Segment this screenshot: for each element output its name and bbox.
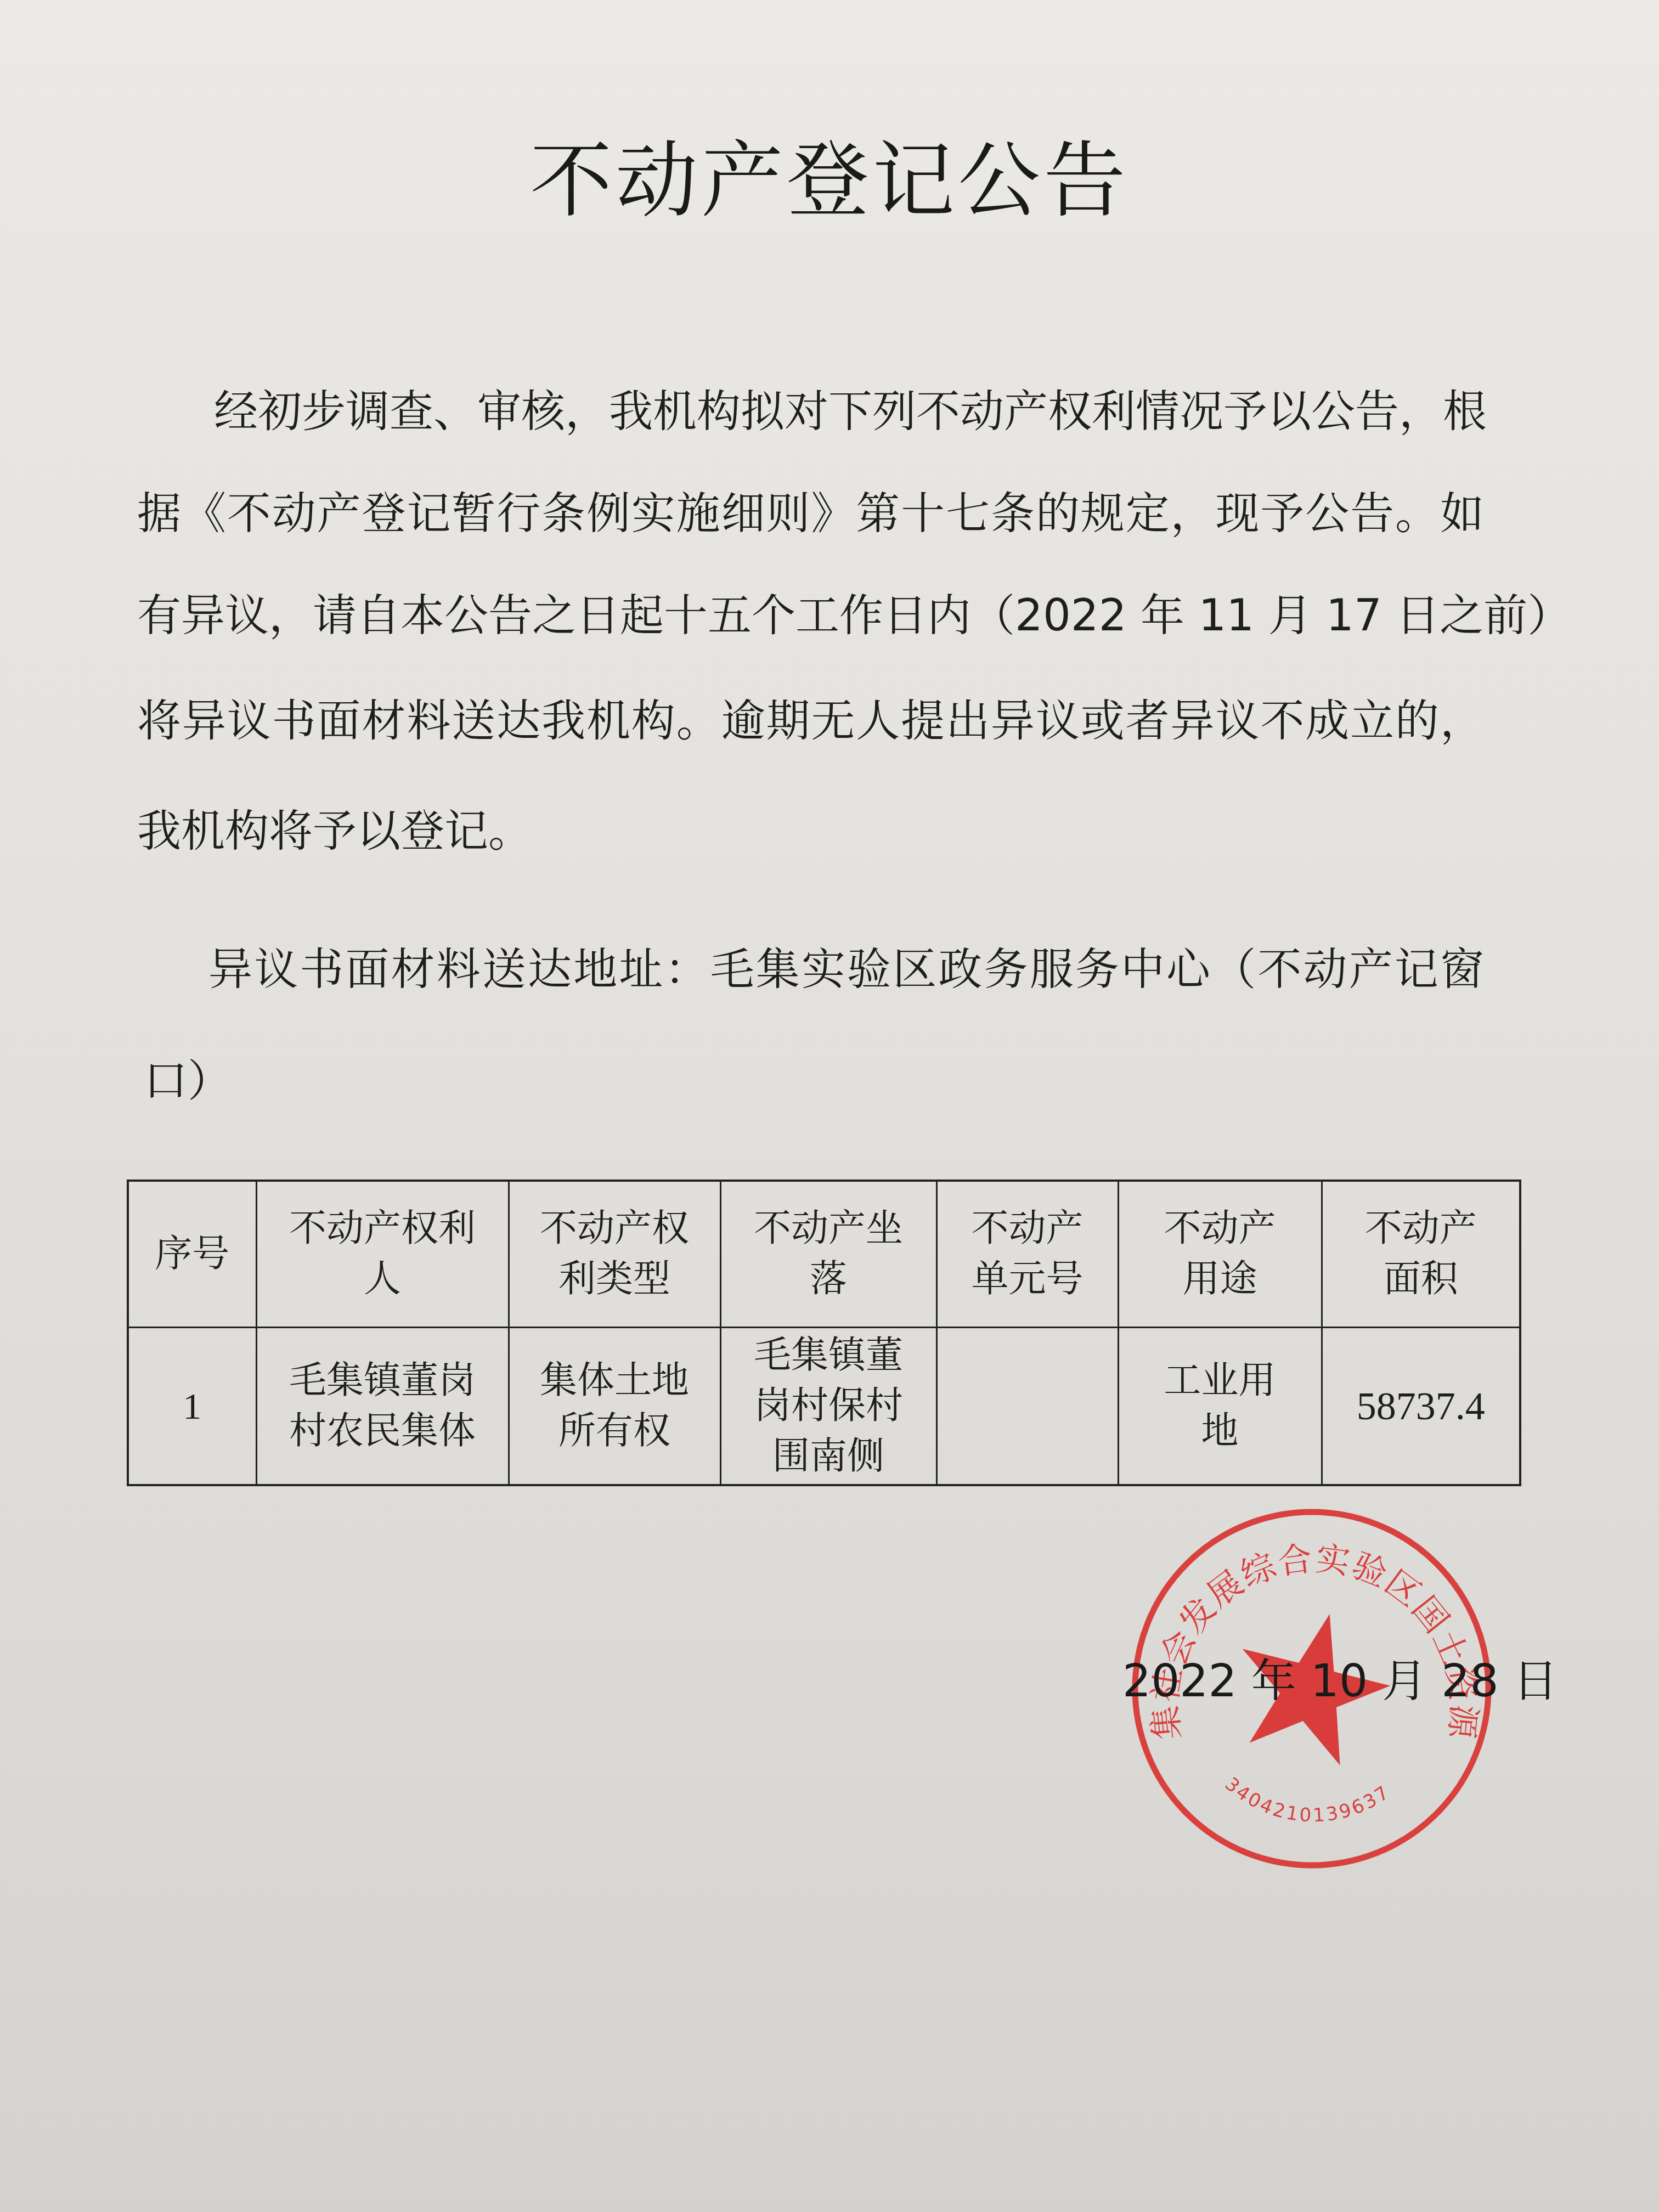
svg-text:3404210139637: 3404210139637 [1221,1773,1395,1827]
header-location: 不动产坐落 [720,1181,936,1327]
cell-index: 1 [128,1327,256,1485]
cell-usage: 工业用地 [1118,1327,1322,1485]
header-unit-no: 不动产单元号 [936,1181,1118,1327]
paragraph-line: 我机构将予以登记。 [137,804,532,859]
registration-table: 序号 不动产权利人 不动产权利类型 不动产坐落 不动产单元号 不动产用途 不动产… [127,1180,1521,1486]
cell-right-type: 集体土地所有权 [509,1327,720,1485]
cell-area: 58737.4 [1322,1327,1520,1485]
header-usage: 不动产用途 [1118,1181,1322,1327]
cell-holder: 毛集镇董岗村农民集体 [256,1327,509,1485]
paragraph-line: 有异议，请自本公告之日起十五个工作日内（2022 年 11 月 17 日之前） [137,588,1484,643]
table-header-row: 序号 不动产权利人 不动产权利类型 不动产坐落 不动产单元号 不动产用途 不动产… [128,1181,1520,1327]
notice-date: 2022 年 10 月 28 日 [1122,1651,1558,1712]
cell-location: 毛集镇董岗村保村围南侧 [720,1327,936,1485]
header-holder: 不动产权利人 [256,1181,509,1327]
paragraph-line: 异议书面材料送达地址：毛集实验区政务服务中心（不动产记窗 [208,942,1484,997]
header-right-type: 不动产权利类型 [509,1181,720,1327]
paragraph-line: 口） [144,1053,232,1108]
cell-unit-no [936,1327,1118,1485]
header-index: 序号 [128,1181,256,1327]
paragraph-line: 据《不动产登记暂行条例实施细则》第十七条的规定，现予公告。如 [137,486,1484,541]
page-title: 不动产登记公告 [0,126,1659,236]
header-area: 不动产面积 [1322,1181,1520,1327]
table-row: 1 毛集镇董岗村农民集体 集体土地所有权 毛集镇董岗村保村围南侧 工业用地 58… [128,1327,1520,1485]
paragraph-line: 经初步调查、审核，我机构拟对下列不动产权利情况予以公告，根 [214,384,1484,439]
paragraph-line: 将异议书面材料送达我机构。逾期无人提出异议或者异议不成立的， [137,693,1484,748]
